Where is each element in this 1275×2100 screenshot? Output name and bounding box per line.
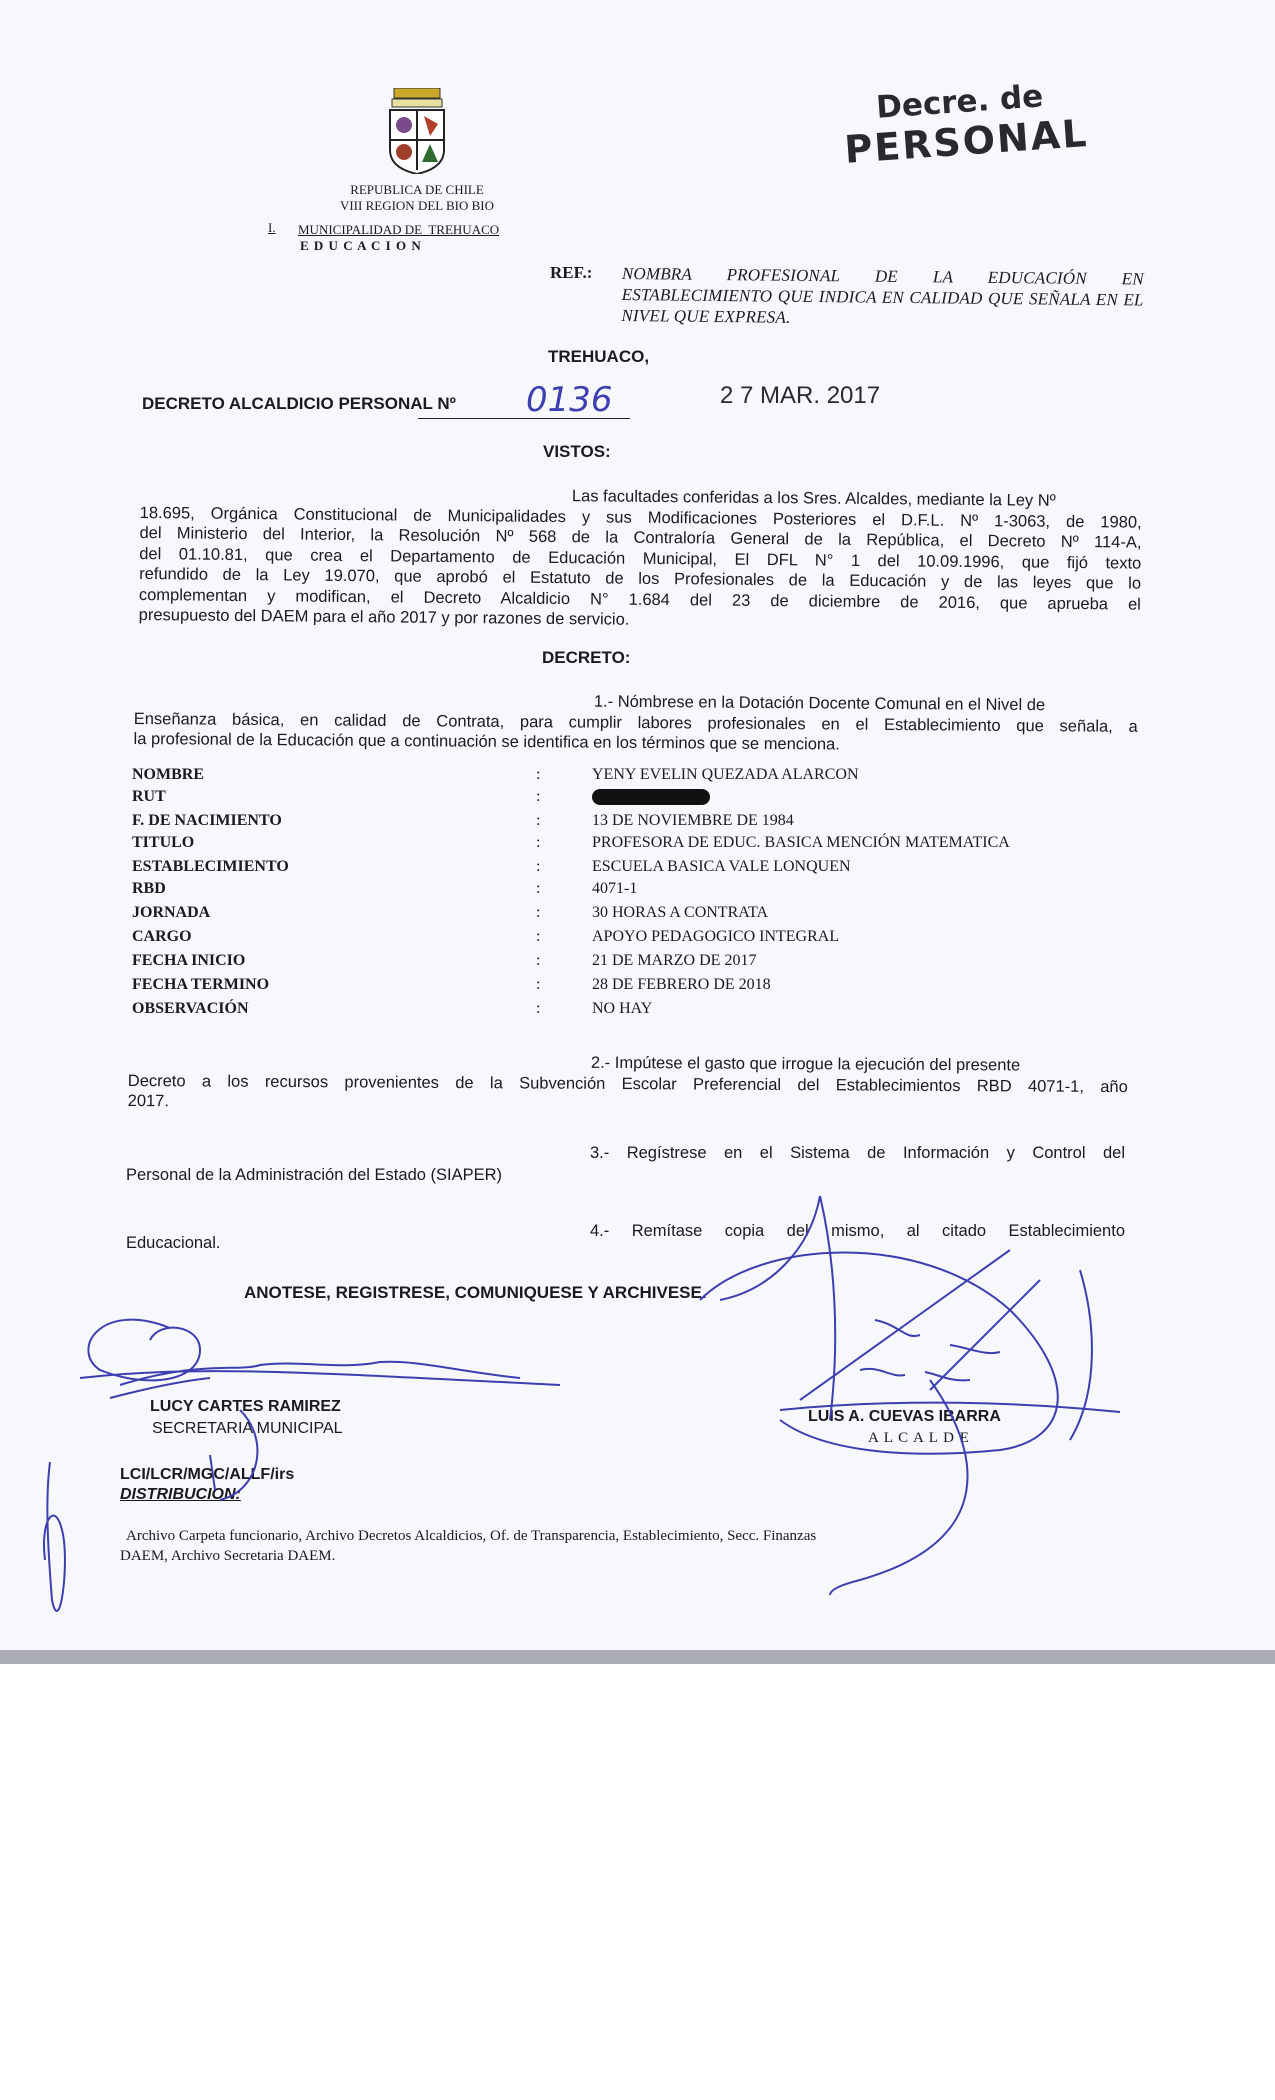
field-label: NOMBRE <box>132 766 204 784</box>
field-row: TITULO:PROFESORA DE EDUC. BASICA MENCIÓN… <box>132 834 1092 856</box>
field-value: 13 DE NOVIEMBRE DE 1984 <box>592 812 794 830</box>
field-row: RBD:4071-1 <box>132 880 1092 902</box>
field-label: ESTABLECIMIENTO <box>132 858 289 876</box>
field-row: FECHA INICIO:21 DE MARZO DE 2017 <box>132 952 1092 974</box>
redacted-value <box>592 788 710 806</box>
field-label: RBD <box>132 880 166 898</box>
distribution-line1: Archivo Carpeta funcionario, Archivo Dec… <box>126 1528 816 1545</box>
secretary-name: LUCY CARTES RAMIREZ <box>150 1398 341 1416</box>
field-row: OBSERVACIÓN:NO HAY <box>132 1000 1092 1022</box>
field-separator: : <box>536 812 540 830</box>
item4-line: Educacional. <box>126 1234 220 1253</box>
place: TREHUACO, <box>548 347 649 367</box>
mayor-name: LUIS A. CUEVAS IBARRA <box>808 1408 1001 1426</box>
field-value: NO HAY <box>592 1000 652 1018</box>
field-label: TITULO <box>132 834 194 852</box>
field-row: RUT: <box>132 788 1092 810</box>
field-row: JORNADA:30 HORAS A CONTRATA <box>132 904 1092 926</box>
field-separator: : <box>536 1000 540 1018</box>
header-country: REPUBLICA DE CHILE <box>300 182 534 197</box>
field-label: RUT <box>132 788 166 806</box>
field-label: F. DE NACIMIENTO <box>132 812 282 830</box>
field-label: FECHA TERMINO <box>132 976 269 994</box>
field-row: NOMBRE:YENY EVELIN QUEZADA ALARCON <box>132 766 1092 788</box>
scan-bottom-edge <box>0 1650 1275 1664</box>
field-separator: : <box>536 858 540 876</box>
field-separator: : <box>536 928 540 946</box>
scanned-document-page: REPUBLICA DE CHILE VIII REGION DEL BIO B… <box>0 0 1275 1650</box>
field-value: 30 HORAS A CONTRATA <box>592 904 768 922</box>
field-separator: : <box>536 834 540 852</box>
header-municipality-prefix: I. <box>268 220 276 236</box>
field-separator: : <box>536 766 540 784</box>
field-value: ESCUELA BASICA VALE LONQUEN <box>592 858 851 876</box>
header-department: E D U C A C I O N <box>300 238 422 254</box>
item3-line: Personal de la Administración del Estado… <box>126 1166 502 1185</box>
field-separator: : <box>536 952 540 970</box>
decreto-item-1: 1.- Nómbrese en la Dotación Docente Comu… <box>134 688 1138 757</box>
decree-label: DECRETO ALCALDICIO PERSONAL Nº <box>142 394 456 414</box>
vistos-paragraph: Las facultades conferidas a los Sres. Al… <box>139 482 1142 635</box>
field-row: ESTABLECIMIENTO:ESCUELA BASICA VALE LONQ… <box>132 858 1092 880</box>
secretary-title: SECRETARIA MUNICIPAL <box>152 1420 343 1438</box>
field-label: OBSERVACIÓN <box>132 1000 249 1018</box>
municipal-coat-of-arms-icon <box>384 88 450 174</box>
field-value: 4071-1 <box>592 880 637 898</box>
decreto-item-2: 2.- Impútese el gasto que irrogue la eje… <box>128 1050 1128 1118</box>
field-row: F. DE NACIMIENTO:13 DE NOVIEMBRE DE 1984 <box>132 812 1092 834</box>
closing-formula: ANOTESE, REGISTRESE, COMUNIQUESE Y ARCHI… <box>244 1283 707 1303</box>
field-separator: : <box>536 788 540 806</box>
field-row: CARGO:APOYO PEDAGOGICO INTEGRAL <box>132 928 1092 950</box>
item4-line: 4.- Remítase copia del mismo, al citado … <box>590 1222 1125 1241</box>
field-value: YENY EVELIN QUEZADA ALARCON <box>592 766 859 784</box>
field-row: FECHA TERMINO:28 DE FEBRERO DE 2018 <box>132 976 1092 998</box>
header-municipality: MUNICIPALIDAD DE TREHUACO <box>298 222 499 238</box>
ref-text: NOMBRA PROFESIONAL DE LA EDUCACIÓN EN ES… <box>621 263 1144 331</box>
decree-number-handwritten: 0136 <box>526 380 613 420</box>
field-value: 28 DE FEBRERO DE 2018 <box>592 976 771 994</box>
redaction-mark <box>592 789 710 805</box>
field-separator: : <box>536 976 540 994</box>
ref-label: REF.: <box>550 263 592 283</box>
field-label: JORNADA <box>132 904 210 922</box>
field-separator: : <box>536 880 540 898</box>
field-value: APOYO PEDAGOGICO INTEGRAL <box>592 928 839 946</box>
distribution-title: DISTRIBUCION: <box>120 1486 241 1504</box>
field-label: FECHA INICIO <box>132 952 245 970</box>
vistos-title: VISTOS: <box>543 442 611 462</box>
date-stamp: 2 7 MAR. 2017 <box>720 382 880 410</box>
item3-line: 3.- Regístrese en el Sistema de Informac… <box>590 1144 1125 1163</box>
mayor-title: A L C A L D E <box>868 1430 970 1447</box>
header-region: VIII REGION DEL BIO BIO <box>300 198 534 213</box>
field-value: 21 DE MARZO DE 2017 <box>592 952 756 970</box>
distribution-line2: DAEM, Archivo Secretaria DAEM. <box>120 1548 335 1565</box>
initials: LCI/LCR/MGC/ALLF/irs <box>120 1466 294 1484</box>
field-separator: : <box>536 904 540 922</box>
field-label: CARGO <box>132 928 192 946</box>
decreto-title: DECRETO: <box>542 648 630 668</box>
field-value: PROFESORA DE EDUC. BASICA MENCIÓN MATEMA… <box>592 834 1010 852</box>
